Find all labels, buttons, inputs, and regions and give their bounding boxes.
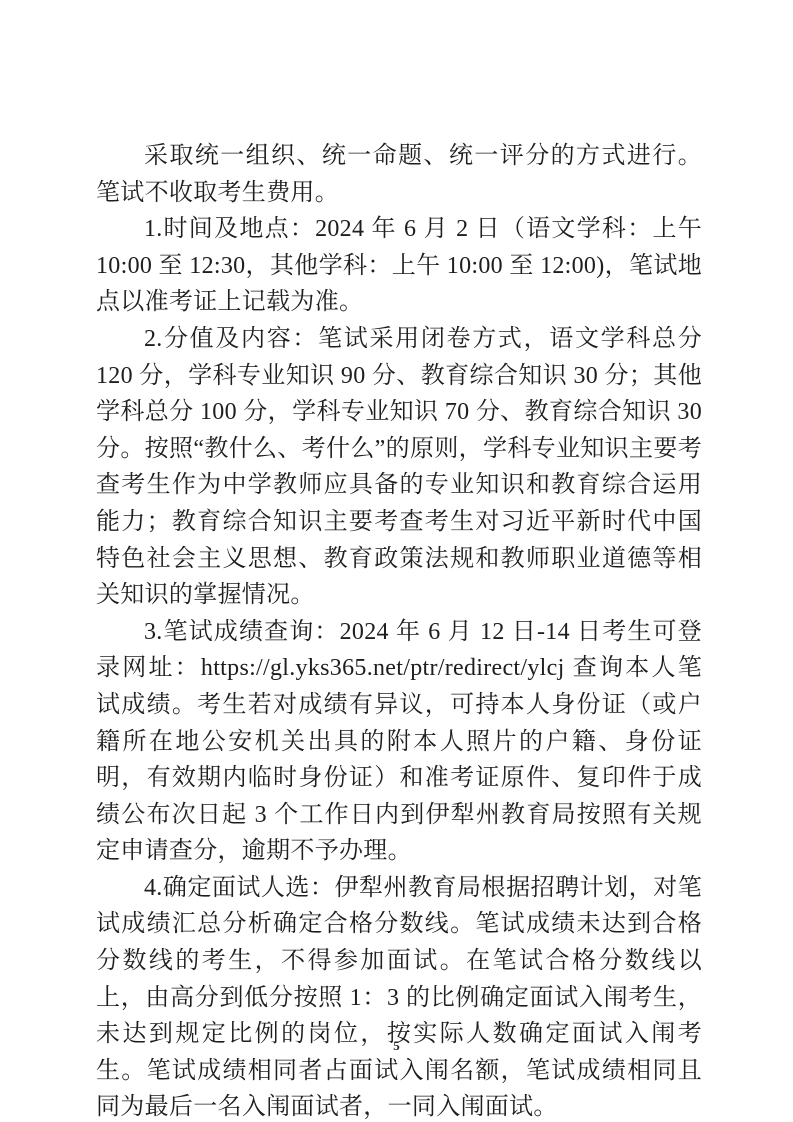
paragraph-score-query: 3.笔试成绩查询：2024 年 6 月 12 日-14 日考生可登录网址：htt… <box>96 614 702 870</box>
paragraph-score-content: 2.分值及内容：笔试采用闭卷方式，语文学科总分 120 分，学科专业知识 90 … <box>96 321 702 614</box>
document-page: 采取统一组织、统一命题、统一评分的方式进行。笔试不收取考生费用。 1.时间及地点… <box>0 0 793 1122</box>
page-number: 5 <box>0 1038 793 1054</box>
paragraph-interview-selection: 4.确定面试人选：伊犁州教育局根据招聘计划，对笔试成绩汇总分析确定合格分数线。笔… <box>96 870 702 1122</box>
paragraph-intro: 采取统一组织、统一命题、统一评分的方式进行。笔试不收取考生费用。 <box>96 138 702 211</box>
paragraph-time-location: 1.时间及地点：2024 年 6 月 2 日（语文学科：上午 10:00 至 1… <box>96 211 702 321</box>
document-body: 采取统一组织、统一命题、统一评分的方式进行。笔试不收取考生费用。 1.时间及地点… <box>96 138 702 1122</box>
